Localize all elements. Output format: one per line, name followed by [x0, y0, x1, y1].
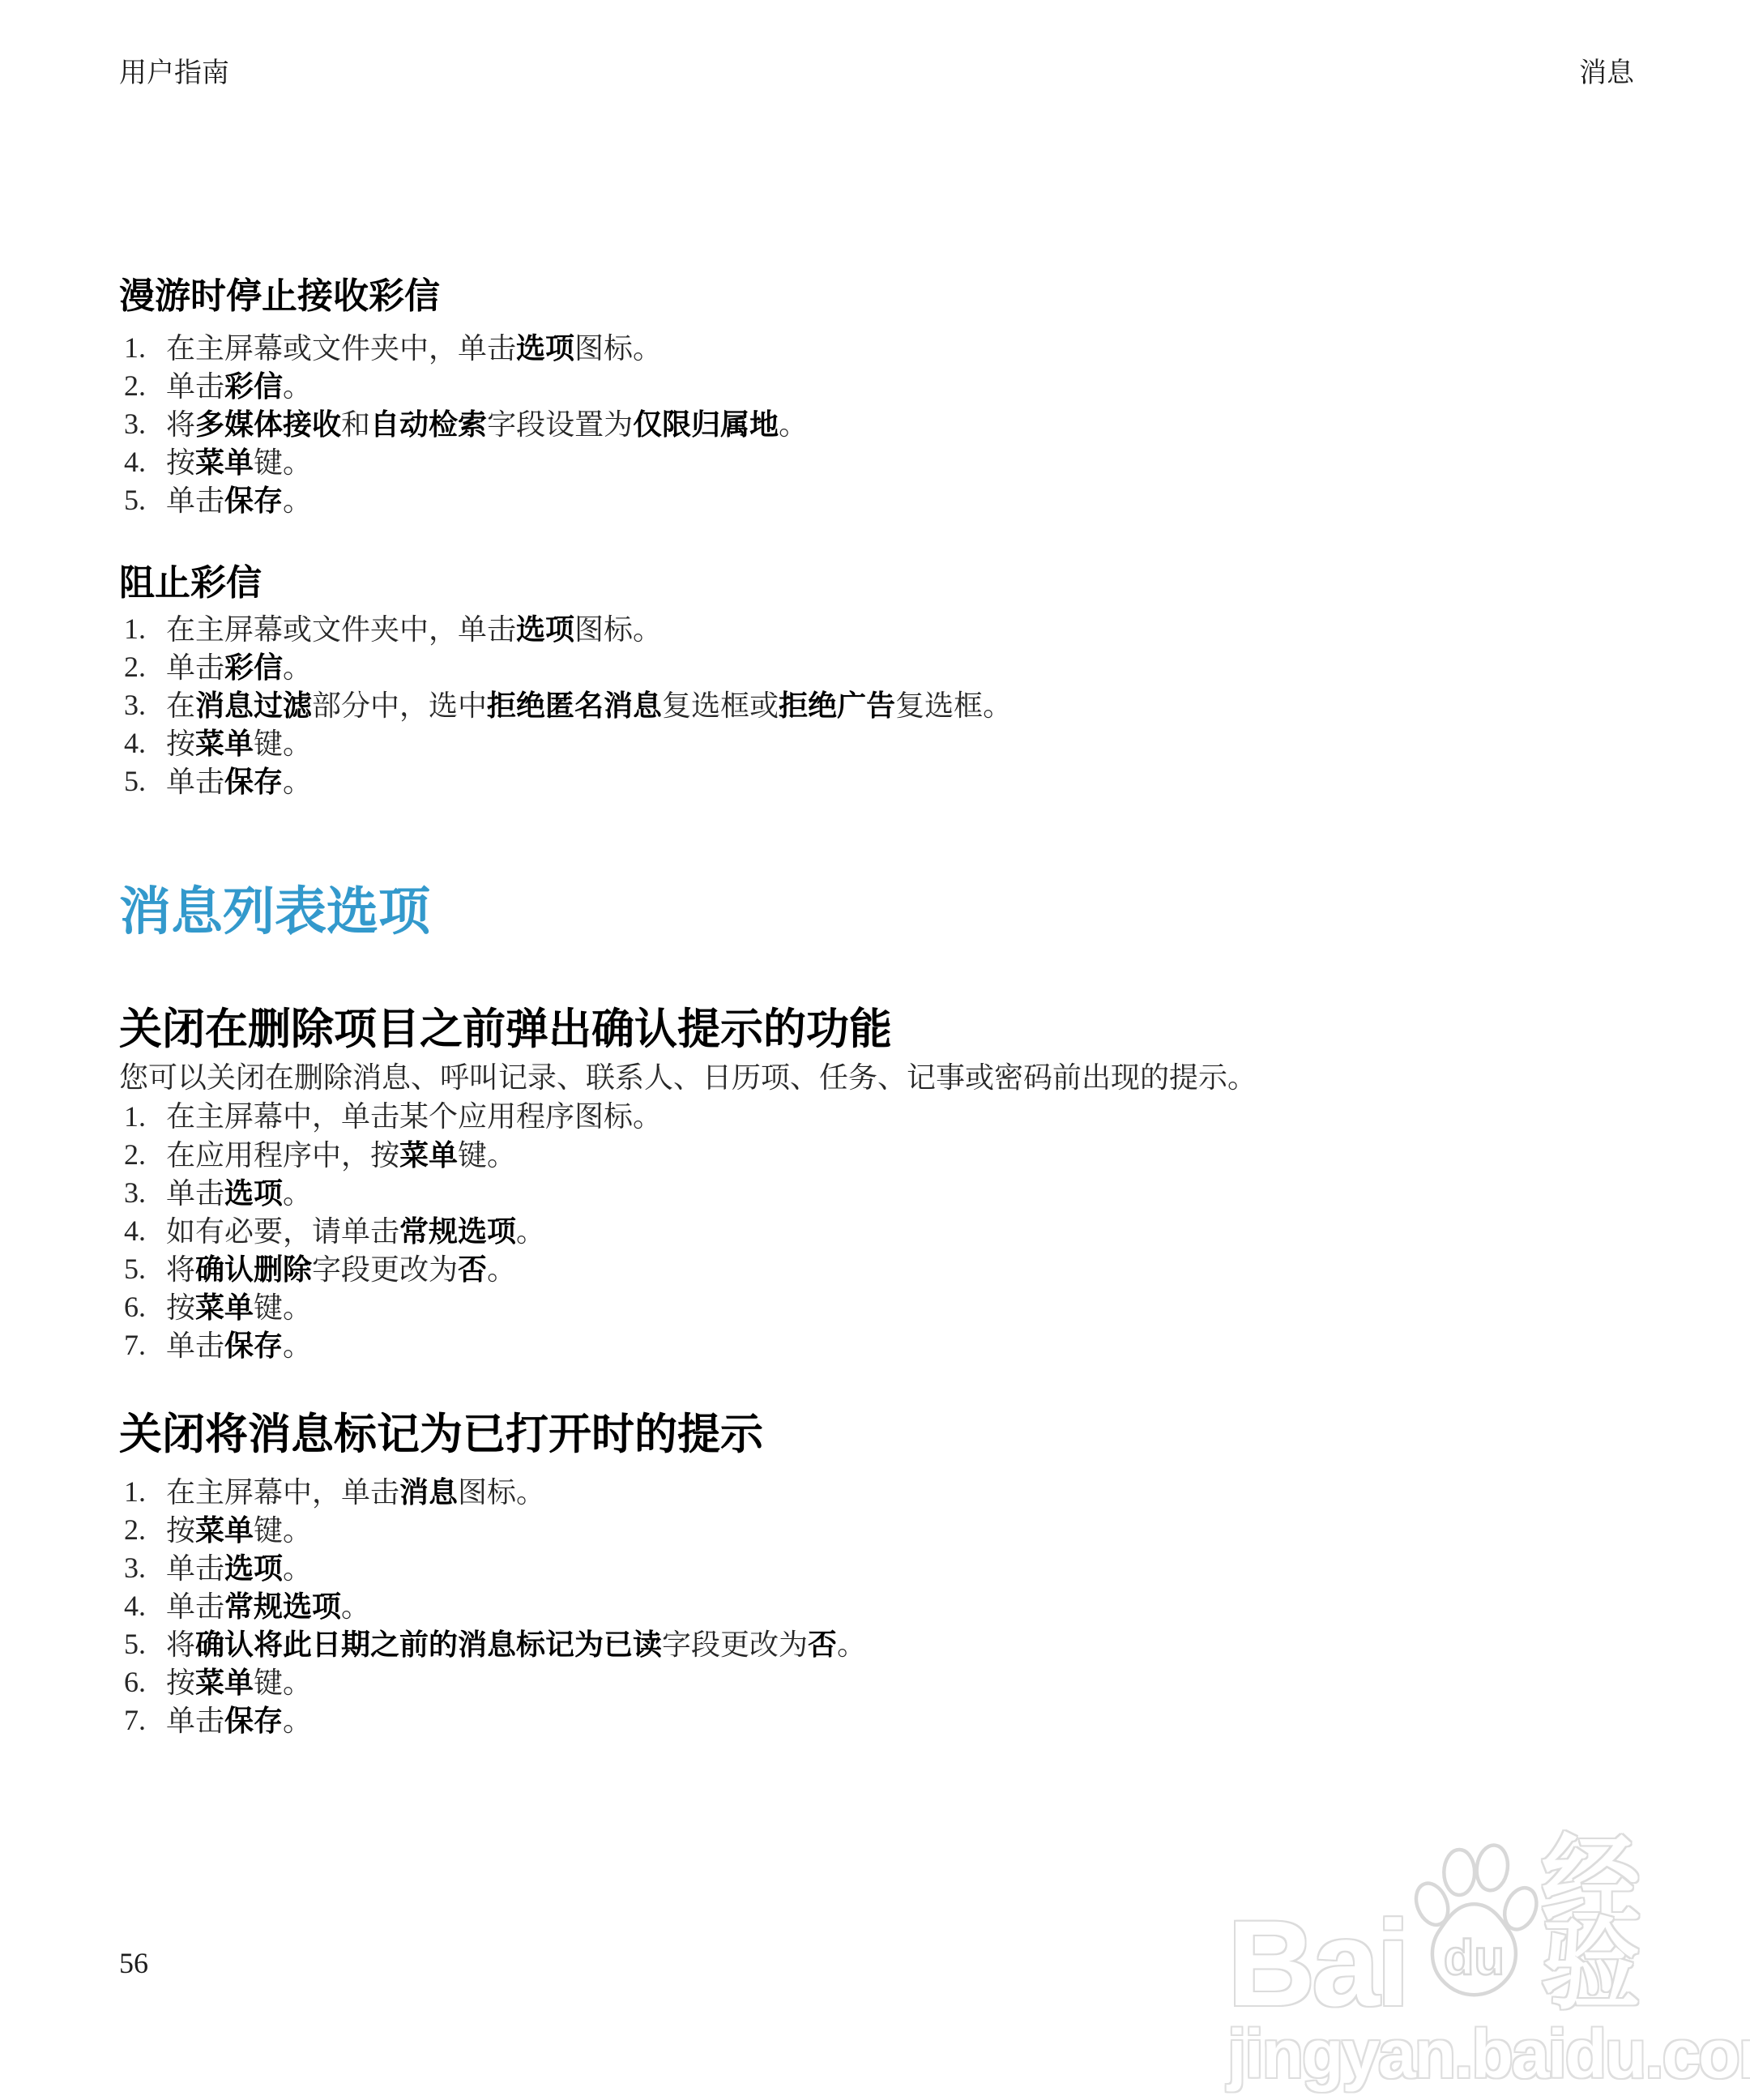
- step-number: 1.: [124, 1098, 146, 1136]
- page-number: 56: [119, 1946, 148, 1980]
- step-number: 7.: [124, 1701, 146, 1739]
- step-item: 4.按菜单键。: [119, 443, 1634, 481]
- steps-list-stop-mms-roaming: 1.在主屏幕或文件夹中，单击选项图标。2.单击彩信。3.将多媒体接收和自动检索字…: [119, 329, 1634, 519]
- step-item: 1.在主屏幕中，单击某个应用程序图标。: [119, 1098, 1634, 1136]
- chapter-title: 消息列表选项: [119, 881, 1634, 941]
- step-number: 4.: [124, 724, 146, 762]
- step-number: 5.: [124, 762, 146, 800]
- step-item: 2.单击彩信。: [119, 367, 1634, 405]
- step-item: 3.将多媒体接收和自动检索字段设置为仅限归属地。: [119, 405, 1634, 443]
- step-item: 2.按菜单键。: [119, 1511, 1634, 1549]
- step-item: 5.将确认将此日期之前的消息标记为已读字段更改为否。: [119, 1625, 1634, 1663]
- section-title-turn-off-delete-prompt: 关闭在删除项目之前弹出确认提示的功能: [119, 1005, 1634, 1055]
- document-page: 用户指南 消息 漫游时停止接收彩信 1.在主屏幕或文件夹中，单击选项图标。2.单…: [0, 0, 1750, 2100]
- step-item: 1.在主屏幕中，单击消息图标。: [119, 1473, 1634, 1511]
- step-item: 5.将确认删除字段更改为否。: [119, 1250, 1634, 1288]
- step-item: 6.按菜单键。: [119, 1663, 1634, 1701]
- step-item: 1.在主屏幕或文件夹中，单击选项图标。: [119, 610, 1634, 648]
- step-number: 6.: [124, 1288, 146, 1326]
- baidu-jingyan-watermark: Bai du 经验 jingyan.baidu.com: [1227, 1837, 1665, 2089]
- steps-list-turn-off-mark-opened-prompt: 1.在主屏幕中，单击消息图标。2.按菜单键。3.单击选项。4.单击常规选项。5.…: [119, 1473, 1634, 1739]
- watermark-brand-latin: Bai: [1227, 1919, 1406, 2008]
- baidu-paw-icon: du: [1405, 1837, 1541, 2009]
- steps-list-turn-off-delete-prompt: 1.在主屏幕中，单击某个应用程序图标。2.在应用程序中，按菜单键。3.单击选项。…: [119, 1098, 1634, 1364]
- step-item: 3.单击选项。: [119, 1549, 1634, 1587]
- step-number: 3.: [124, 1549, 146, 1587]
- section-title-block-mms: 阻止彩信: [119, 562, 1634, 604]
- step-number: 2.: [124, 648, 146, 686]
- step-item: 5.单击保存。: [119, 481, 1634, 519]
- step-item: 7.单击保存。: [119, 1701, 1634, 1739]
- step-number: 1.: [124, 610, 146, 648]
- header-left: 用户指南: [119, 58, 229, 89]
- step-number: 3.: [124, 1174, 146, 1212]
- step-number: 1.: [124, 329, 146, 367]
- step-number: 3.: [124, 405, 146, 443]
- section-title-stop-mms-roaming: 漫游时停止接收彩信: [119, 275, 1634, 318]
- running-header: 用户指南 消息: [119, 58, 1634, 89]
- section-intro-paragraph: 您可以关闭在删除消息、呼叫记录、联系人、日历项、任务、记事或密码前出现的提示。: [119, 1059, 1634, 1097]
- step-item: 4.按菜单键。: [119, 724, 1634, 762]
- step-number: 5.: [124, 1250, 146, 1288]
- step-item: 4.单击常规选项。: [119, 1587, 1634, 1625]
- step-number: 5.: [124, 481, 146, 519]
- step-item: 3.在消息过滤部分中，选中拒绝匿名消息复选框或拒绝广告复选框。: [119, 686, 1634, 724]
- step-number: 4.: [124, 1587, 146, 1625]
- step-number: 1.: [124, 1473, 146, 1511]
- step-number: 3.: [124, 686, 146, 724]
- step-item: 4.如有必要，请单击常规选项。: [119, 1212, 1634, 1250]
- section-title-turn-off-mark-opened-prompt: 关闭将消息标记为已打开时的提示: [119, 1410, 1634, 1460]
- header-right: 消息: [1579, 58, 1634, 89]
- step-number: 2.: [124, 1511, 146, 1549]
- step-number: 7.: [124, 1326, 146, 1364]
- step-item: 2.单击彩信。: [119, 648, 1634, 686]
- step-number: 4.: [124, 443, 146, 481]
- step-item: 7.单击保存。: [119, 1326, 1634, 1364]
- watermark-paw-text: du: [1444, 1930, 1505, 1986]
- step-number: 2.: [124, 1136, 146, 1174]
- step-item: 1.在主屏幕或文件夹中，单击选项图标。: [119, 329, 1634, 367]
- step-item: 2.在应用程序中，按菜单键。: [119, 1136, 1634, 1174]
- watermark-logo-row: Bai du 经验: [1227, 1837, 1665, 2008]
- step-item: 3.单击选项。: [119, 1174, 1634, 1212]
- watermark-url: jingyan.baidu.com: [1227, 2019, 1665, 2089]
- watermark-brand-cn: 经验: [1541, 1839, 1665, 2008]
- step-number: 4.: [124, 1212, 146, 1250]
- step-number: 2.: [124, 367, 146, 405]
- steps-list-block-mms: 1.在主屏幕或文件夹中，单击选项图标。2.单击彩信。3.在消息过滤部分中，选中拒…: [119, 610, 1634, 800]
- step-item: 6.按菜单键。: [119, 1288, 1634, 1326]
- step-number: 5.: [124, 1625, 146, 1663]
- step-item: 5.单击保存。: [119, 762, 1634, 800]
- step-number: 6.: [124, 1663, 146, 1701]
